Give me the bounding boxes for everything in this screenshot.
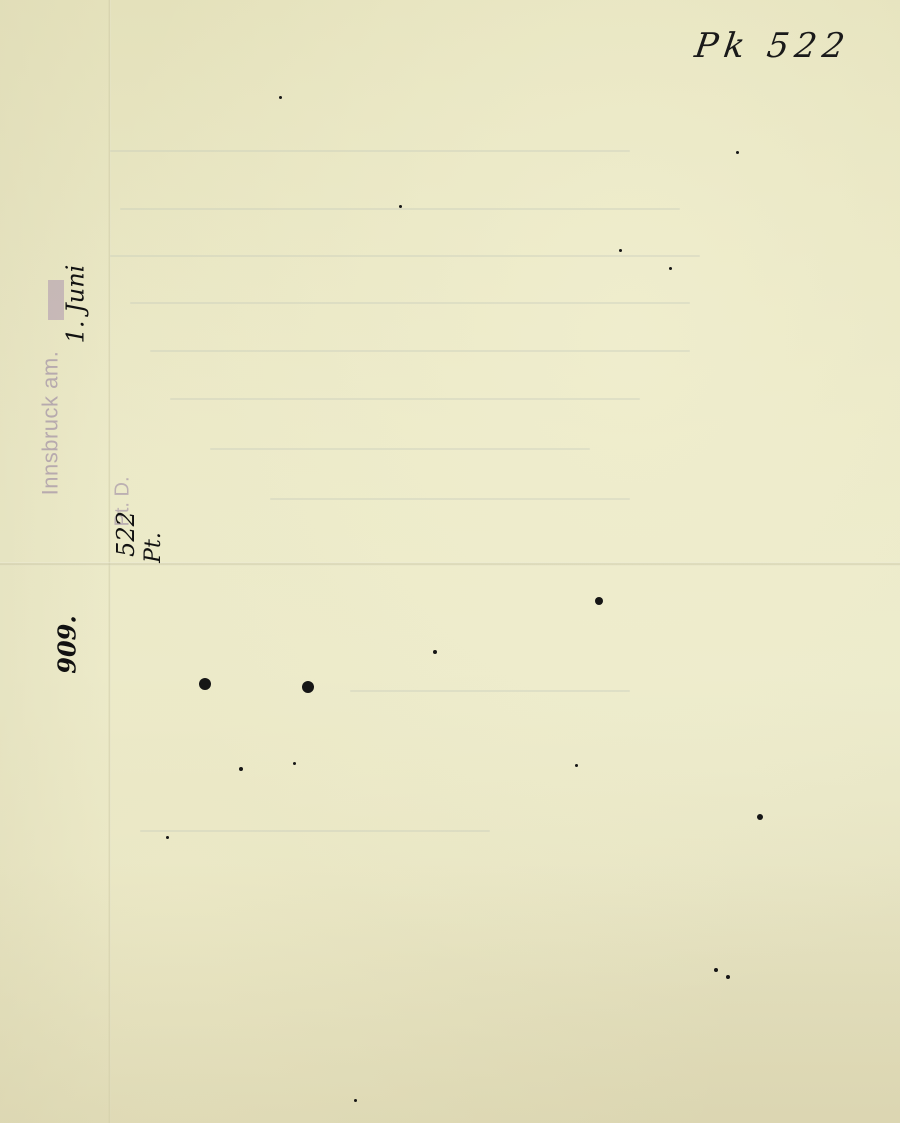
handwritten-number: 522 <box>112 511 140 557</box>
ink-speck <box>757 814 763 820</box>
ink-speck <box>669 267 672 270</box>
stamp-place-text: Innsbruck am. <box>37 351 63 496</box>
ink-speck <box>199 678 211 690</box>
ink-speck <box>293 762 296 765</box>
ink-speck <box>595 597 603 605</box>
document-page: Pk 522 Innsbruck am. Pt. D. 1. Juni 909.… <box>0 0 900 1123</box>
ink-speck <box>239 767 243 771</box>
archive-reference: Pk 522 <box>692 26 853 66</box>
ink-speck <box>619 249 622 252</box>
ink-speck <box>354 1099 357 1102</box>
ink-bleed-through <box>110 130 750 890</box>
ink-speck <box>714 968 718 972</box>
ink-speck <box>166 836 169 839</box>
ink-speck <box>736 151 739 154</box>
handwritten-year: 909. <box>53 615 82 673</box>
ink-speck <box>575 764 578 767</box>
ink-speck <box>279 96 282 99</box>
ink-speck <box>302 681 314 693</box>
handwritten-prefix: Pt. <box>141 532 166 563</box>
ink-speck <box>399 205 402 208</box>
margin-stamp: Innsbruck am. Pt. D. 1. Juni 909. 522 Pt… <box>18 140 158 540</box>
ink-speck <box>726 975 730 979</box>
paper-discoloration <box>0 863 900 1123</box>
ink-speck <box>433 650 437 654</box>
handwritten-date: 1. Juni <box>61 265 89 344</box>
